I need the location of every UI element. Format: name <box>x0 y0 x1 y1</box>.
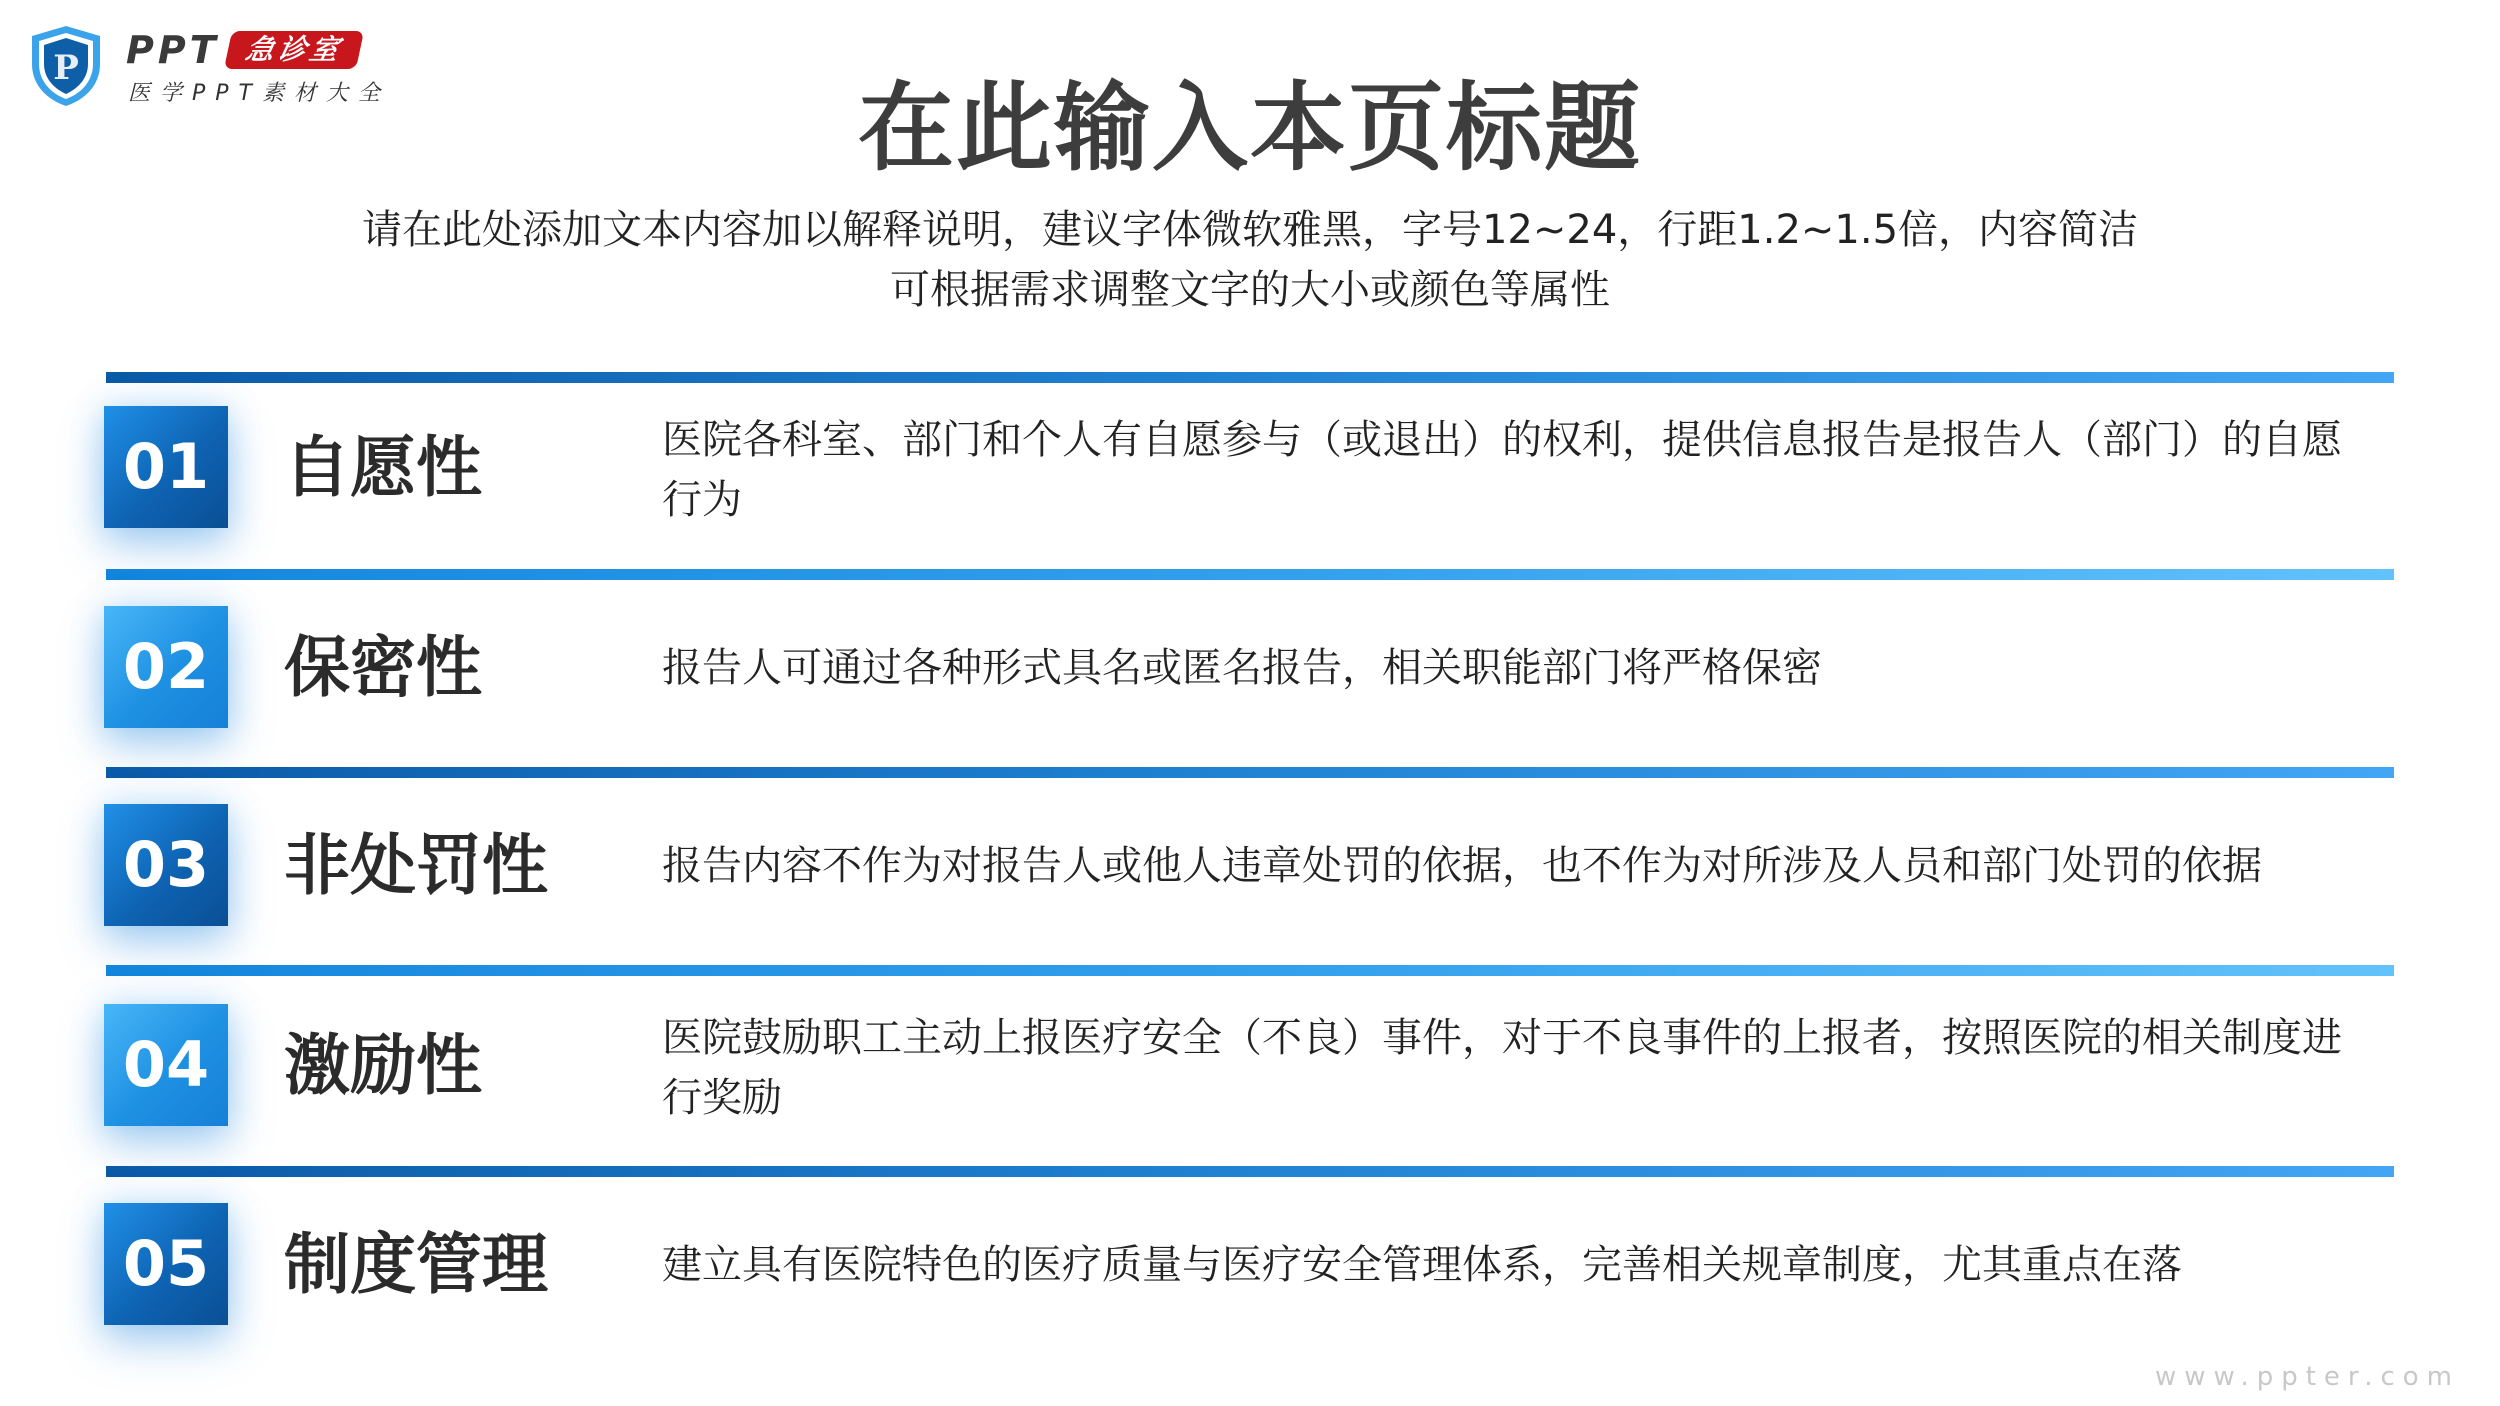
row-description: 报告人可通过各种形式具名或匿名报告，相关职能部门将严格保密 <box>662 638 2362 698</box>
list-item: 05 制度管理 建立具有医院特色的医疗质量与医疗安全管理体系，完善相关规章制度，… <box>0 1177 2500 1365</box>
subtitle-line-1: 请在此处添加文本内容加以解释说明，建议字体微软雅黑，字号12~24，行距1.2~… <box>0 200 2500 260</box>
list-item: 04 激励性 医院鼓励职工主动上报医疗安全（不良）事件，对于不良事件的上报者，按… <box>0 976 2500 1164</box>
subtitle-line-2: 可根据需求调整文字的大小或颜色等属性 <box>0 260 2500 320</box>
list-item: 03 非处罚性 报告内容不作为对报告人或他人违章处罚的依据，也不作为对所涉及人员… <box>0 778 2500 966</box>
logo-brand-text: PPT <box>126 30 220 70</box>
row-description: 医院各科室、部门和个人有自愿参与（或退出）的权利，提供信息报告是报告人（部门）的… <box>662 410 2362 530</box>
watermark: www.ppter.com <box>2155 1362 2460 1392</box>
number-badge: 05 <box>104 1203 228 1325</box>
list-item: 02 保密性 报告人可通过各种形式具名或匿名报告，相关职能部门将严格保密 <box>0 580 2500 768</box>
row-description: 医院鼓励职工主动上报医疗安全（不良）事件，对于不良事件的上报者，按照医院的相关制… <box>662 1008 2362 1128</box>
row-title: 制度管理 <box>284 1225 548 1305</box>
number-badge: 04 <box>104 1004 228 1126</box>
row-title: 保密性 <box>284 628 482 708</box>
number-badge: 03 <box>104 804 228 926</box>
divider-bar <box>106 372 2394 383</box>
logo-badge: 急诊室 <box>224 31 364 69</box>
page-title: 在此输入本页标题 <box>0 68 2500 188</box>
row-description: 建立具有医院特色的医疗质量与医疗安全管理体系，完善相关规章制度，尤其重点在落 <box>662 1235 2362 1295</box>
list-item: 01 自愿性 医院各科室、部门和个人有自愿参与（或退出）的权利，提供信息报告是报… <box>0 384 2500 572</box>
number-badge: 01 <box>104 406 228 528</box>
divider-bar <box>106 965 2394 976</box>
row-title: 自愿性 <box>284 428 482 508</box>
row-title: 非处罚性 <box>284 826 548 906</box>
page-subtitle: 请在此处添加文本内容加以解释说明，建议字体微软雅黑，字号12~24，行距1.2~… <box>0 200 2500 320</box>
number-badge: 02 <box>104 606 228 728</box>
row-description: 报告内容不作为对报告人或他人违章处罚的依据，也不作为对所涉及人员和部门处罚的依据 <box>662 836 2362 896</box>
row-title: 激励性 <box>284 1026 482 1106</box>
divider-bar <box>106 767 2394 778</box>
divider-bar <box>106 1166 2394 1177</box>
